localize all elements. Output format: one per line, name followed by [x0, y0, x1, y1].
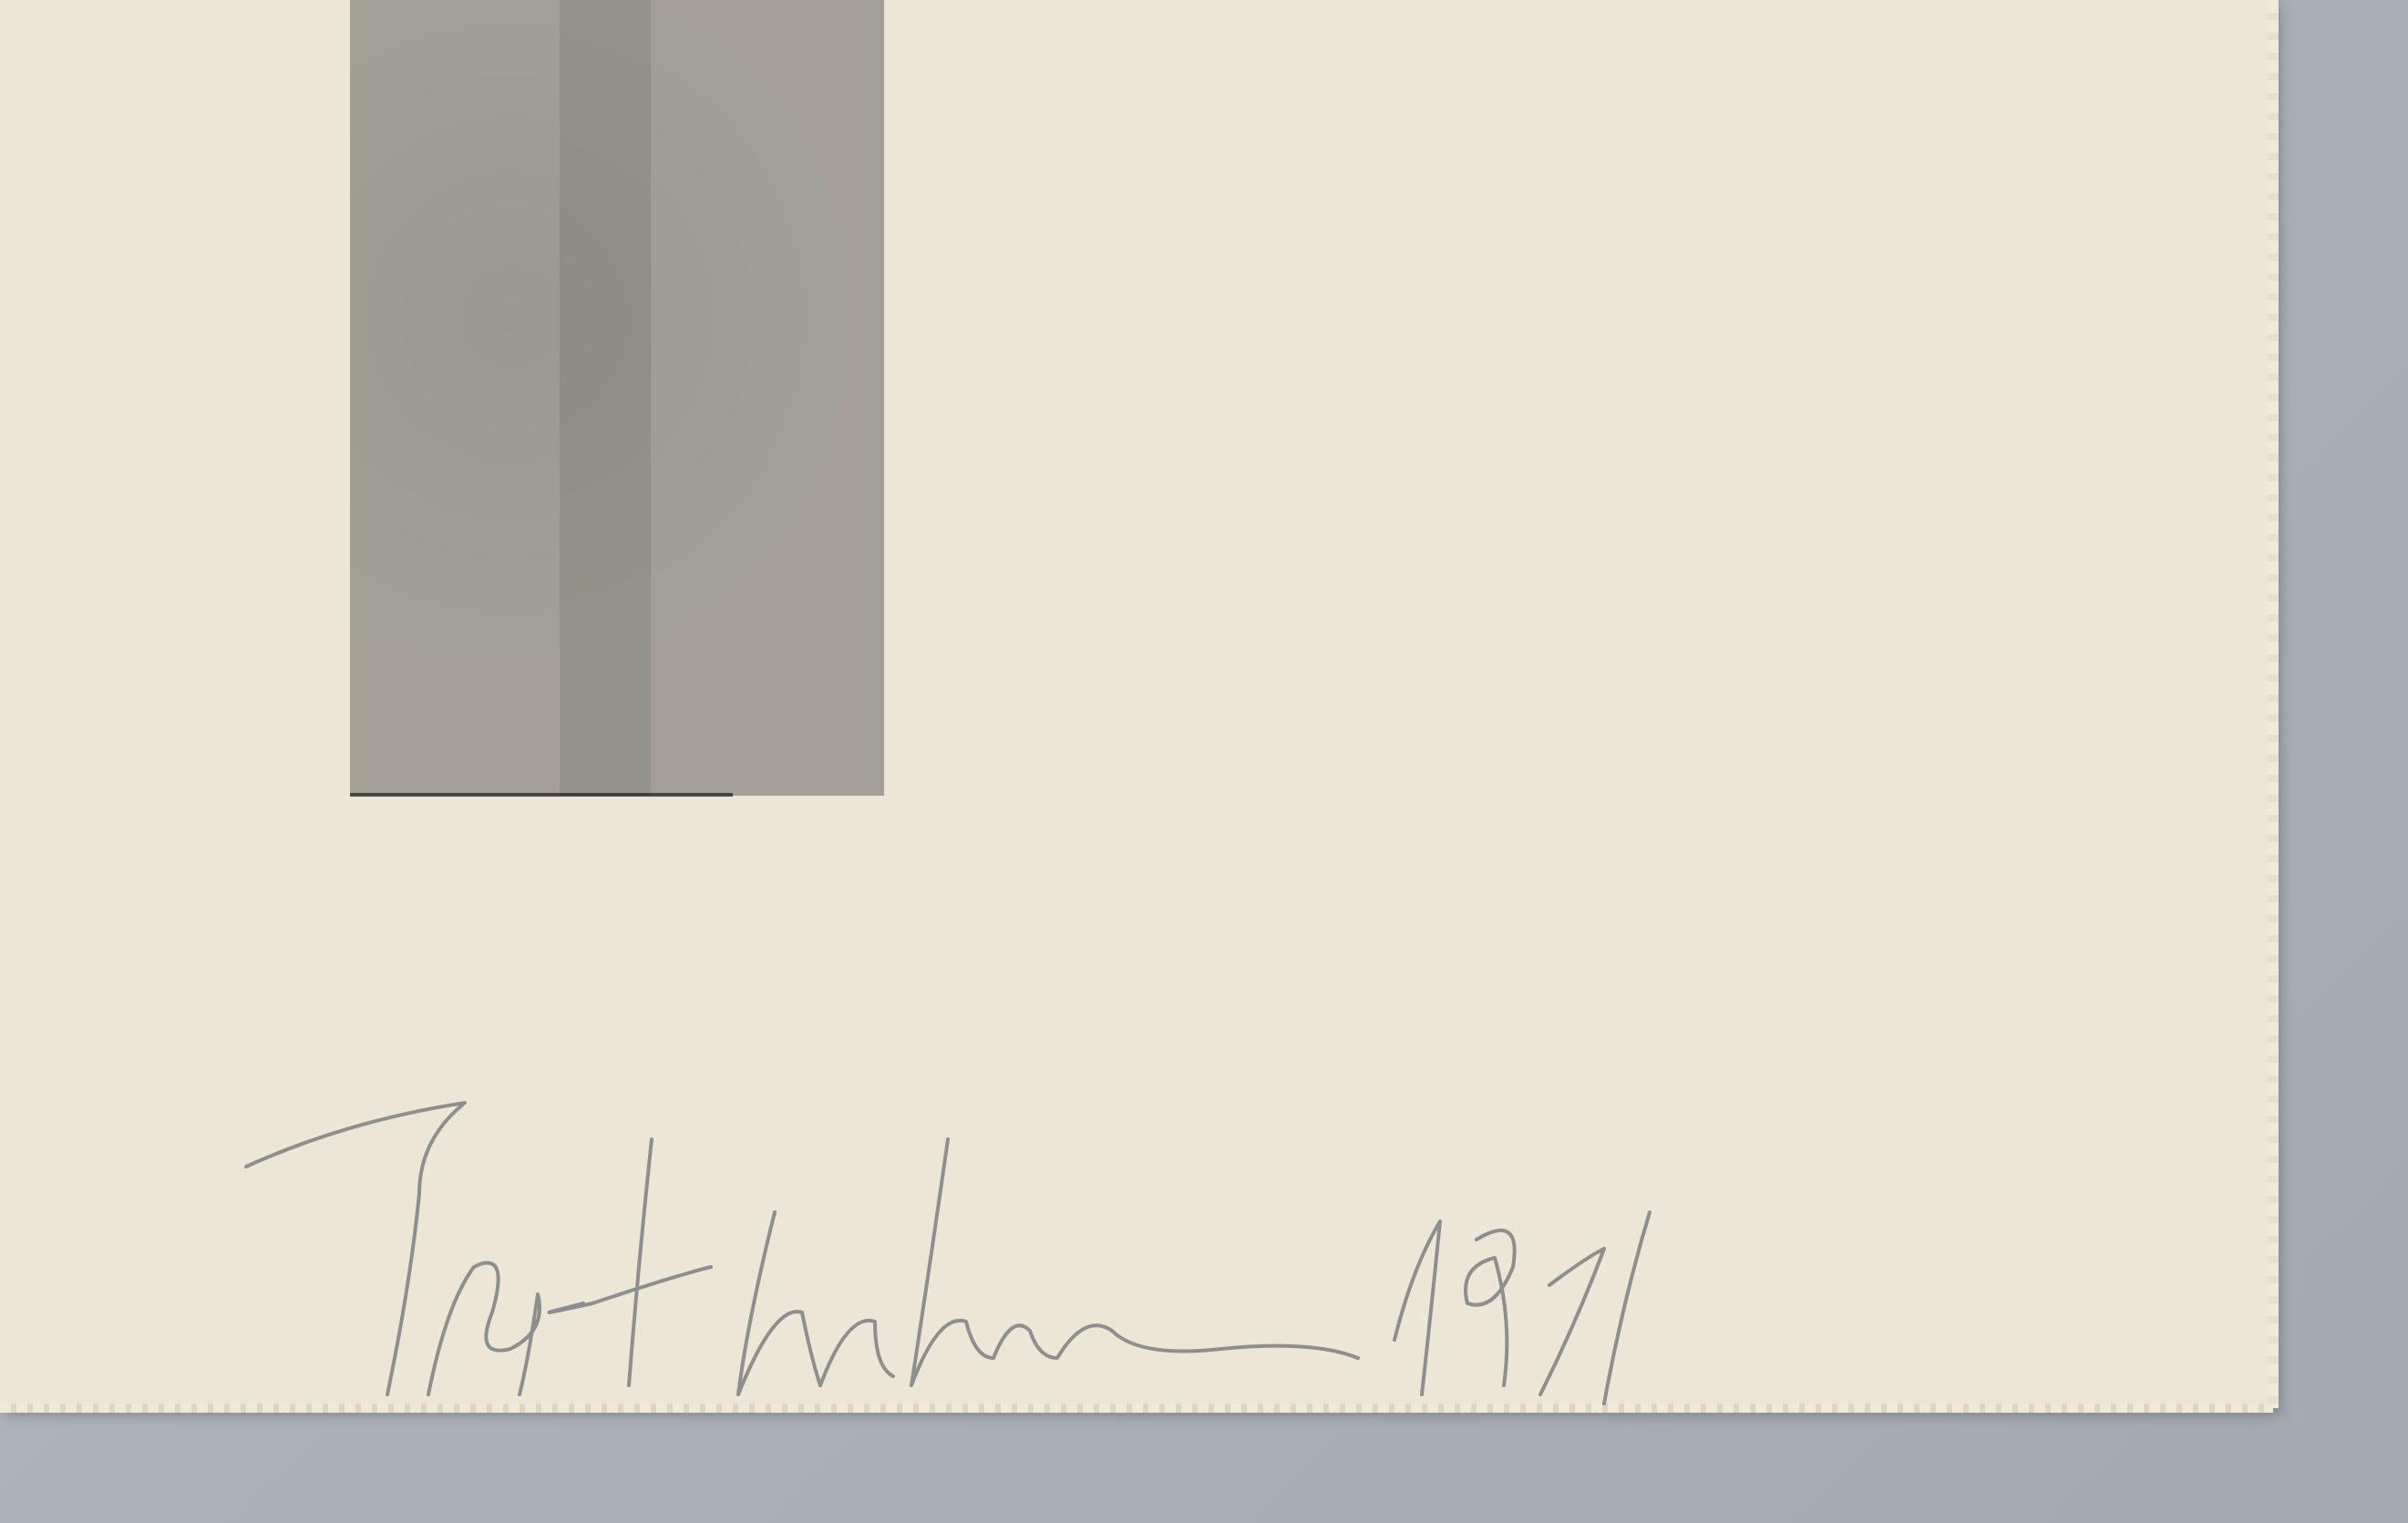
pencil-signature — [237, 1085, 2115, 1413]
deckle-edge-right — [2268, 0, 2279, 1408]
printed-image-area — [350, 0, 884, 796]
print-base-line — [350, 793, 733, 797]
